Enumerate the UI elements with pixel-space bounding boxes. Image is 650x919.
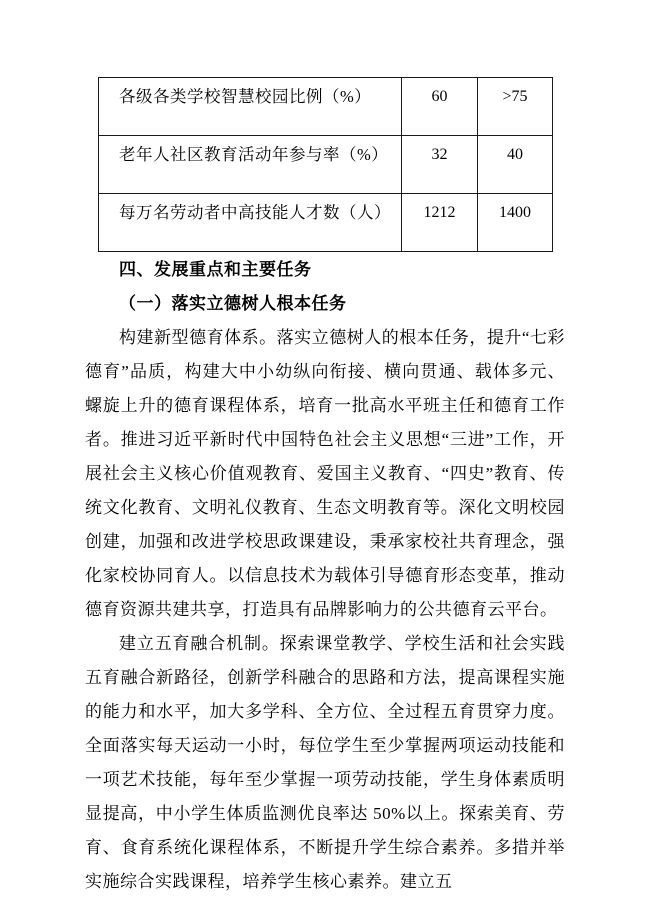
metric-current-value: 32 [402, 136, 478, 194]
document-page: 各级各类学校智慧校园比例（%） 60 >75 老年人社区教育活动年参与率（%） … [0, 0, 650, 919]
metrics-table: 各级各类学校智慧校园比例（%） 60 >75 老年人社区教育活动年参与率（%） … [98, 77, 553, 252]
metric-label: 老年人社区教育活动年参与率（%） [99, 136, 402, 194]
metric-target-value: 40 [478, 136, 553, 194]
paragraph: 构建新型德育体系。落实立德树人的根本任务，提升“七彩德育”品质，构建大中小幼纵向… [85, 321, 565, 627]
table-row: 老年人社区教育活动年参与率（%） 32 40 [99, 136, 553, 194]
metric-target-value: 1400 [478, 194, 553, 252]
metric-label: 每万名劳动者中高技能人才数（人） [99, 194, 402, 252]
metric-current-value: 60 [402, 78, 478, 136]
paragraph: 建立五育融合机制。探索课堂教学、学校生活和社会实践五育融合新路径，创新学科融合的… [85, 627, 565, 899]
headings-block: 四、发展重点和主要任务 （一）落实立德树人根本任务 [85, 253, 565, 321]
table-row: 各级各类学校智慧校园比例（%） 60 >75 [99, 78, 553, 136]
section-heading: 四、发展重点和主要任务 [85, 253, 565, 287]
metric-label: 各级各类学校智慧校园比例（%） [99, 78, 402, 136]
metric-current-value: 1212 [402, 194, 478, 252]
page-content: 各级各类学校智慧校园比例（%） 60 >75 老年人社区教育活动年参与率（%） … [85, 77, 565, 899]
metric-target-value: >75 [478, 78, 553, 136]
table-row: 每万名劳动者中高技能人才数（人） 1212 1400 [99, 194, 553, 252]
subsection-heading: （一）落实立德树人根本任务 [85, 287, 565, 321]
